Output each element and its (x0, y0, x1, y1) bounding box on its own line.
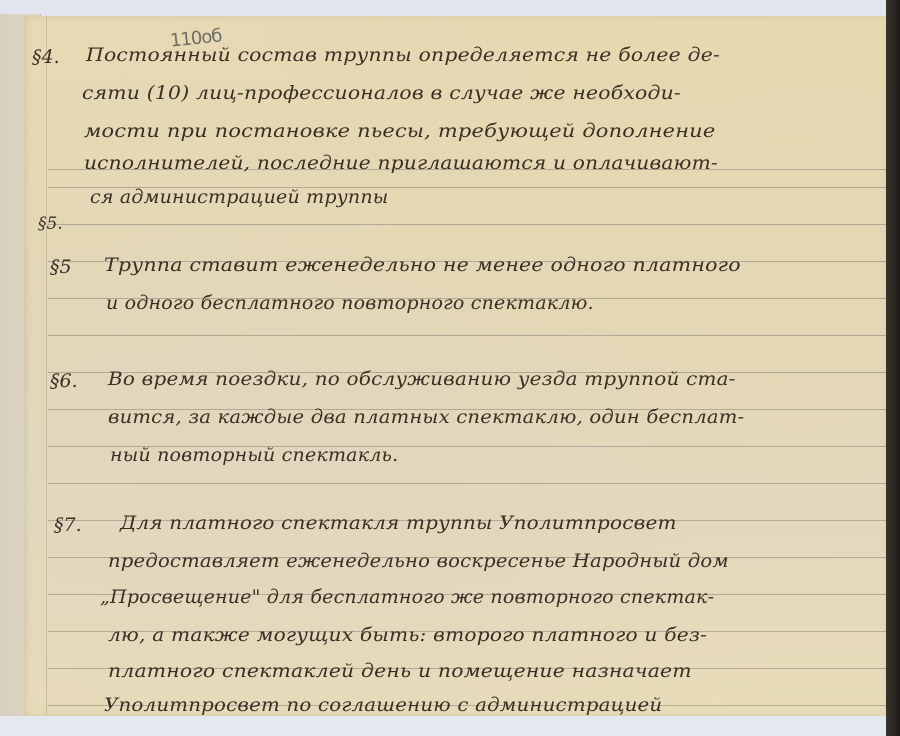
section-7-line-6: Уполитпросвет по соглашению с администра… (104, 694, 662, 716)
scan-background-bottom (0, 716, 900, 736)
margin-line (46, 16, 47, 716)
section-number-7: §7. (54, 514, 82, 536)
section-4-line-2: сяти (10) лиц-профессионалов в случае же… (82, 82, 681, 104)
section-6-line-2: вится, за каждые два платных спектаклю, … (108, 406, 744, 428)
ruled-line (48, 335, 886, 336)
scan-background-top (0, 0, 900, 16)
ruled-line (48, 224, 886, 225)
manuscript-page: 110об §4. Постоянный состав труппы опред… (24, 16, 886, 716)
section-4-line-1: Постоянный состав труппы определяется не… (86, 44, 720, 66)
binding-edge (886, 0, 900, 736)
section-number-5: §5 (50, 256, 72, 278)
section-5-line-1: Труппа ставит еженедельно не менее одног… (104, 254, 741, 276)
section-4-line-4: исполнителей, последние приглашаются и о… (84, 152, 718, 174)
section-7-line-3: „Просвещение" для бесплатного же повторн… (100, 586, 714, 608)
section-7-line-5: платного спектаклей день и помещение наз… (108, 660, 692, 682)
section-4-line-3: мости при постановке пьесы, требующей до… (84, 120, 715, 142)
section-6-line-3: ный повторный спектакль. (110, 444, 398, 466)
section-7-line-4: лю, а также могущих быть: второго платно… (108, 624, 707, 646)
section-7-line-2: предоставляет еженедельно воскресенье На… (108, 550, 729, 572)
section-7-line-1: Для платного спектакля труппы Уполитпрос… (120, 512, 677, 534)
section-5-line-2: и одного бесплатного повторного спектакл… (106, 292, 594, 314)
section-number-6: §6. (50, 370, 78, 392)
section-6-line-1: Во время поездки, по обслуживанию уезда … (108, 368, 736, 390)
section-number-4: §4. (32, 46, 60, 68)
section-4-line-5: ся администрацией труппы (90, 186, 388, 208)
section-number-5-struck: §5. (38, 214, 63, 234)
ruled-line (48, 483, 886, 484)
